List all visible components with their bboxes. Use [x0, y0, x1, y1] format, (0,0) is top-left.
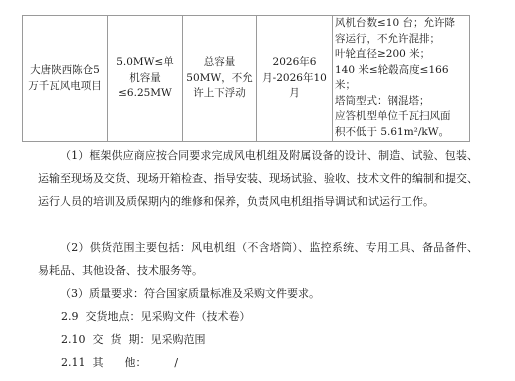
unit-capacity-cell: 5.0MW≤单机容量≤6.25MW [108, 16, 183, 142]
requirement-line: 容运行，不允许混排； [335, 32, 467, 48]
item-other: 2.11 其 他： / [61, 351, 178, 374]
requirement-line: 塔筒型式：钢混塔； [335, 94, 467, 110]
total-capacity-cell: 总容量50MW，不允许上下浮动 [183, 16, 257, 142]
requirement-line: 米； [335, 78, 467, 94]
requirement-line: 叶轮直径≥200 米； [335, 47, 467, 63]
project-name-cell: 大唐陕西陈仓5万千瓦风电项目 [23, 16, 108, 142]
requirement-line: 140 米≤轮毂高度≤166 [335, 63, 467, 79]
paragraph-supply-scope: （2）供货范围主要包括：风电机组（不含塔筒）、监控系统、专用工具、备品备件、易耗… [38, 236, 478, 282]
spec-table: 大唐陕西陈仓5万千瓦风电项目 5.0MW≤单机容量≤6.25MW 总容量50MW… [22, 15, 470, 142]
table-row: 大唐陕西陈仓5万千瓦风电项目 5.0MW≤单机容量≤6.25MW 总容量50MW… [23, 16, 470, 142]
item-delivery-location: 2.9 交货地点：见采购文件（技术卷） [61, 305, 251, 328]
delivery-period-cell: 2026年6月-2026年10月 [257, 16, 333, 142]
requirement-line: 风机台数≤10 台；允许降 [335, 16, 467, 32]
requirement-line: 积不低于 5.61m²/kW。 [335, 125, 467, 141]
paragraph-scope-of-work: （1）框架供应商应按合同要求完成风电机组及附属设备的设计、制造、试验、包装、运输… [38, 144, 478, 213]
item-delivery-period: 2.10 交 货 期：见采购范围 [61, 328, 205, 351]
requirements-cell: 风机台数≤10 台；允许降 容运行，不允许混排； 叶轮直径≥200 米； 140… [333, 16, 470, 142]
paragraph-quality: （3）质量要求：符合国家质量标准及采购文件要求。 [38, 282, 478, 305]
requirement-line: 应答机型单位千瓦扫风面 [335, 109, 467, 125]
